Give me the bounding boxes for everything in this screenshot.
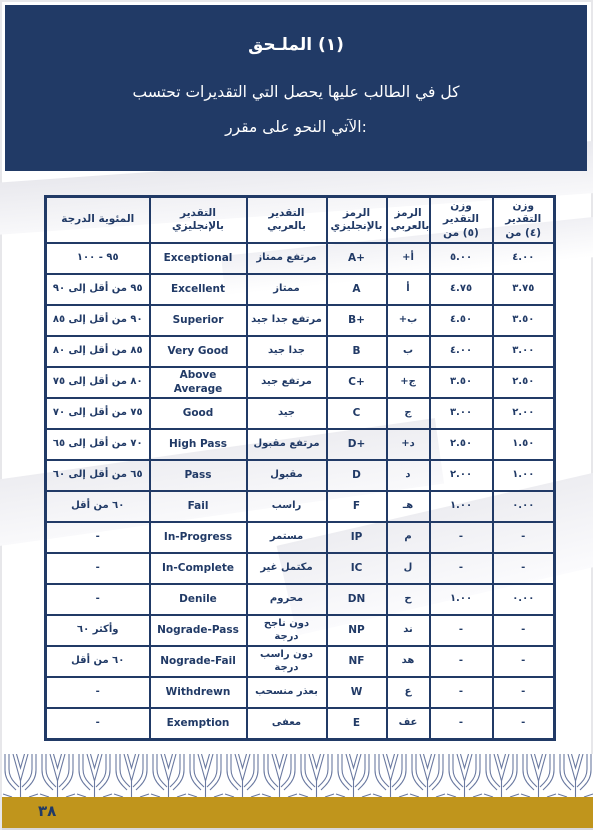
cell-grade-en: Exceptional — [150, 243, 247, 274]
cell-weight4: ٠.٠٠ — [493, 584, 555, 615]
cell-weight5: ٢.٥٠ — [430, 429, 493, 460]
cell-grade-ar: غير‎ ‎مكتمل — [247, 553, 327, 584]
header-block: الملـحق‎ ‎(١) تحتسب‎ ‎التقديرات‎ ‎التي‎ … — [5, 5, 587, 171]
cell-grade-en: Nograde-Pass — [150, 615, 247, 646]
cell-symbol-en: C — [327, 398, 387, 429]
cell-percent: - — [46, 584, 150, 615]
cell-weight5: - — [430, 708, 493, 740]
cell-grade-ar: ممتاز‎ ‎مرتفع — [247, 243, 327, 274]
table-row: أقل‎ ‎من‎ ‎٦٠FailراسبFهـ١.٠٠٠.٠٠ — [46, 491, 555, 522]
cell-weight5: - — [430, 553, 493, 584]
cell-symbol-ar: أ — [387, 274, 430, 305]
grades-table: الدرجة‎ ‎المئويةالتقدير‎ ‎بالإنجليزيالتق… — [44, 195, 556, 741]
cell-percent: - — [46, 522, 150, 553]
cell-weight4: - — [493, 615, 555, 646]
column-header-symbol-ar: الرمز‎ ‎بالعربي — [387, 197, 430, 244]
cell-grade-en: Good — [150, 398, 247, 429]
column-header-symbol-en: الرمز‎ ‎بالإنجليزي — [327, 197, 387, 244]
cell-percent: - — [46, 708, 150, 740]
table-row: أقل‎ ‎من‎ ‎٦٠Nograde-Failراسب‎ ‎دون‎ ‎در… — [46, 646, 555, 677]
column-header-grade-en: التقدير‎ ‎بالإنجليزي — [150, 197, 247, 244]
page-number: ٣٨ — [38, 797, 56, 828]
cell-weight5: ١.٠٠ — [430, 491, 493, 522]
cell-percent: أقل‎ ‎من‎ ‎٦٠ — [46, 491, 150, 522]
table-row: -In-ProgressمستمرIPم-- — [46, 522, 555, 553]
cell-percent: ١٠٠‎ ‎-‎ ‎٩٥ — [46, 243, 150, 274]
cell-weight4: ٤.٠٠ — [493, 243, 555, 274]
cell-symbol-en: D+ — [327, 429, 387, 460]
cell-weight4: - — [493, 646, 555, 677]
cell-symbol-en: IC — [327, 553, 387, 584]
cell-symbol-en: E — [327, 708, 387, 740]
subtitle-line-2: مقرر‎ ‎على‎ ‎النحو‎ ‎الآتي: — [5, 118, 587, 136]
cell-grade-en: Pass — [150, 460, 247, 491]
cell-grade-en: Above Average — [150, 367, 247, 398]
cell-grade-en: In-Progress — [150, 522, 247, 553]
footer-gold-bar: ٣٨ — [2, 797, 593, 828]
cell-grade-en: Excellent — [150, 274, 247, 305]
cell-symbol-en: B+ — [327, 305, 387, 336]
table-row: -ExemptionمعفىEعف-- — [46, 708, 555, 740]
cell-symbol-en: A — [327, 274, 387, 305]
cell-symbol-en: NP — [327, 615, 387, 646]
cell-weight4: ٠.٠٠ — [493, 491, 555, 522]
cell-percent: ٧٥‎ ‎إلى‎ ‎أقل‎ ‎من‎ ‎٨٠ — [46, 367, 150, 398]
cell-grade-en: In-Complete — [150, 553, 247, 584]
cell-symbol-ar: أ+ — [387, 243, 430, 274]
cell-percent: ٨٠‎ ‎إلى‎ ‎أقل‎ ‎من‎ ‎٨٥ — [46, 336, 150, 367]
table-row: ٧٥‎ ‎إلى‎ ‎أقل‎ ‎من‎ ‎٨٠Above Averageجيد… — [46, 367, 555, 398]
cell-grade-en: Very Good — [150, 336, 247, 367]
cell-grade-ar: جيد — [247, 398, 327, 429]
cell-symbol-en: IP — [327, 522, 387, 553]
column-header-grade-ar: التقدير‎ ‎بالعربي — [247, 197, 327, 244]
cell-weight5: ٣.٠٠ — [430, 398, 493, 429]
cell-grade-ar: ناجح‎ ‎دون‎ ‎درجة — [247, 615, 327, 646]
cell-symbol-ar: ب — [387, 336, 430, 367]
header-row: الدرجة‎ ‎المئويةالتقدير‎ ‎بالإنجليزيالتق… — [46, 197, 555, 244]
cell-symbol-ar: هد — [387, 646, 430, 677]
cell-weight5: ٥.٠٠ — [430, 243, 493, 274]
footer-geometric-pattern — [2, 754, 593, 797]
cell-symbol-en: DN — [327, 584, 387, 615]
cell-weight4: ٣.٠٠ — [493, 336, 555, 367]
cell-percent: ٩٠‎ ‎إلى‎ ‎أقل‎ ‎من‎ ‎٩٥ — [46, 274, 150, 305]
table-row: -Withdrewnمنسحب‎ ‎بعذرWع-- — [46, 677, 555, 708]
cell-weight5: ٤.٥٠ — [430, 305, 493, 336]
cell-percent: ٧٠‎ ‎إلى‎ ‎أقل‎ ‎من‎ ‎٧٥ — [46, 398, 150, 429]
grades-table-body: ١٠٠‎ ‎-‎ ‎٩٥Exceptionalممتاز‎ ‎مرتفعA+أ+… — [46, 243, 555, 740]
cell-weight5: - — [430, 646, 493, 677]
table-row: ٦٥‎ ‎إلى‎ ‎أقل‎ ‎من‎ ‎٧٠High Passمقبول‎ … — [46, 429, 555, 460]
cell-weight5: ٢.٠٠ — [430, 460, 493, 491]
cell-symbol-en: F — [327, 491, 387, 522]
cell-grade-ar: معفى — [247, 708, 327, 740]
cell-symbol-ar: ب+ — [387, 305, 430, 336]
column-header-weight5: وزن‎ ‎التقدير‎ ‎من‎ ‎(٥) — [430, 197, 493, 244]
cell-symbol-ar: ند — [387, 615, 430, 646]
cell-weight5: - — [430, 615, 493, 646]
cell-symbol-ar: عف — [387, 708, 430, 740]
cell-symbol-ar: ح — [387, 584, 430, 615]
cell-grade-ar: مقبول‎ ‎مرتفع — [247, 429, 327, 460]
subtitle-line-1: تحتسب‎ ‎التقديرات‎ ‎التي‎ ‎يحصل‎ ‎عليها‎… — [5, 83, 587, 101]
cell-grade-ar: راسب — [247, 491, 327, 522]
cell-grade-ar: جيد‎ ‎جدا — [247, 336, 327, 367]
column-header-percent: الدرجة‎ ‎المئوية — [46, 197, 150, 244]
table-row: ١٠٠‎ ‎-‎ ‎٩٥Exceptionalممتاز‎ ‎مرتفعA+أ+… — [46, 243, 555, 274]
cell-weight4: - — [493, 553, 555, 584]
cell-grade-en: Fail — [150, 491, 247, 522]
cell-percent: أقل‎ ‎من‎ ‎٦٠ — [46, 646, 150, 677]
cell-percent: ٦٠‎ ‎وأكثر — [46, 615, 150, 646]
table-row: -In-Completeغير‎ ‎مكتملICل-- — [46, 553, 555, 584]
cell-percent: ٦٥‎ ‎إلى‎ ‎أقل‎ ‎من‎ ‎٧٠ — [46, 429, 150, 460]
document-page: الملـحق‎ ‎(١) تحتسب‎ ‎التقديرات‎ ‎التي‎ … — [0, 0, 593, 830]
table-row: ٦٠‎ ‎إلى‎ ‎أقل‎ ‎من‎ ‎٦٥PassمقبولDد٢.٠٠١… — [46, 460, 555, 491]
table-row: ٩٠‎ ‎إلى‎ ‎أقل‎ ‎من‎ ‎٩٥ExcellentممتازAأ… — [46, 274, 555, 305]
cell-symbol-en: A+ — [327, 243, 387, 274]
cell-symbol-en: C+ — [327, 367, 387, 398]
cell-percent: - — [46, 677, 150, 708]
cell-grade-ar: ممتاز — [247, 274, 327, 305]
cell-weight4: - — [493, 522, 555, 553]
cell-weight4: ١.٥٠ — [493, 429, 555, 460]
cell-grade-en: Superior — [150, 305, 247, 336]
cell-grade-ar: راسب‎ ‎دون‎ ‎درجة — [247, 646, 327, 677]
cell-weight5: - — [430, 677, 493, 708]
cell-symbol-ar: د+ — [387, 429, 430, 460]
cell-symbol-en: B — [327, 336, 387, 367]
cell-percent: ٨٥‎ ‎إلى‎ ‎أقل‎ ‎من‎ ‎٩٠ — [46, 305, 150, 336]
cell-weight4: ٢.٠٠ — [493, 398, 555, 429]
cell-symbol-ar: م — [387, 522, 430, 553]
cell-weight5: ٤.٧٥ — [430, 274, 493, 305]
cell-weight5: ٣.٥٠ — [430, 367, 493, 398]
cell-weight5: - — [430, 522, 493, 553]
cell-weight4: ١.٠٠ — [493, 460, 555, 491]
cell-weight4: - — [493, 677, 555, 708]
cell-grade-ar: محروم — [247, 584, 327, 615]
cell-symbol-ar: ج — [387, 398, 430, 429]
cell-symbol-ar: ع — [387, 677, 430, 708]
column-header-weight4: وزن‎ ‎التقدير‎ ‎من‎ ‎(٤) — [493, 197, 555, 244]
cell-symbol-ar: ل — [387, 553, 430, 584]
cell-grade-en: Exemption — [150, 708, 247, 740]
cell-grade-ar: جيد‎ ‎جدا‎ ‎مرتفع — [247, 305, 327, 336]
cell-symbol-ar: د — [387, 460, 430, 491]
cell-weight5: ٤.٠٠ — [430, 336, 493, 367]
table-row: ٨٠‎ ‎إلى‎ ‎أقل‎ ‎من‎ ‎٨٥Very Goodجيد‎ ‎ج… — [46, 336, 555, 367]
cell-weight4: ٢.٥٠ — [493, 367, 555, 398]
cell-symbol-en: NF — [327, 646, 387, 677]
cell-grade-ar: مقبول — [247, 460, 327, 491]
cell-grade-ar: منسحب‎ ‎بعذر — [247, 677, 327, 708]
cell-symbol-ar: ج+ — [387, 367, 430, 398]
table-row: ٦٠‎ ‎وأكثرNograde-Passناجح‎ ‎دون‎ ‎درجةN… — [46, 615, 555, 646]
cell-grade-en: Denile — [150, 584, 247, 615]
cell-percent: - — [46, 553, 150, 584]
cell-grade-ar: مستمر — [247, 522, 327, 553]
table-row: ٧٠‎ ‎إلى‎ ‎أقل‎ ‎من‎ ‎٧٥GoodجيدCج٣.٠٠٢.٠… — [46, 398, 555, 429]
page-title: الملـحق‎ ‎(١) — [5, 35, 587, 55]
cell-weight4: - — [493, 708, 555, 740]
cell-symbol-en: W — [327, 677, 387, 708]
grades-table-head: الدرجة‎ ‎المئويةالتقدير‎ ‎بالإنجليزيالتق… — [46, 197, 555, 244]
cell-symbol-en: D — [327, 460, 387, 491]
cell-weight4: ٣.٧٥ — [493, 274, 555, 305]
cell-weight4: ٣.٥٠ — [493, 305, 555, 336]
table-row: ٨٥‎ ‎إلى‎ ‎أقل‎ ‎من‎ ‎٩٠Superiorجيد‎ ‎جد… — [46, 305, 555, 336]
cell-grade-en: Nograde-Fail — [150, 646, 247, 677]
cell-grade-en: Withdrewn — [150, 677, 247, 708]
cell-symbol-ar: هـ — [387, 491, 430, 522]
cell-grade-en: High Pass — [150, 429, 247, 460]
table-row: -DenileمحرومDNح١.٠٠٠.٠٠ — [46, 584, 555, 615]
cell-weight5: ١.٠٠ — [430, 584, 493, 615]
cell-percent: ٦٠‎ ‎إلى‎ ‎أقل‎ ‎من‎ ‎٦٥ — [46, 460, 150, 491]
cell-grade-ar: جيد‎ ‎مرتفع — [247, 367, 327, 398]
